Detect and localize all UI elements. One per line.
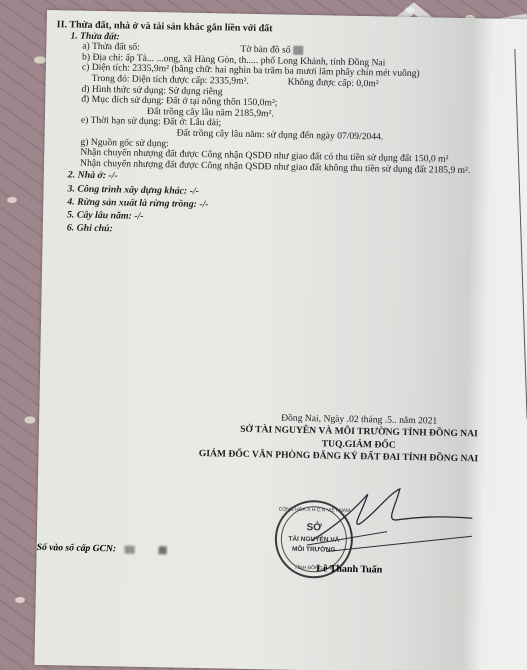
area-not-granted: Không được cấp: 0,0m² [288,77,379,90]
certificate-page: II. Thửa đất, nhà ở và tài sản khác gắn … [34,10,527,670]
handwritten-signature [307,485,478,558]
gcn-registry-row: Số vào sổ cấp GCN: [37,542,167,555]
redacted-value [159,546,167,554]
redacted-value [293,46,303,55]
page-border-line [514,49,527,419]
redacted-value [124,545,134,553]
land-details: II. Thửa đất, nhà ở và tài sản khác gắn … [53,20,517,243]
signer-name: Lê Thanh Tuấn [316,563,382,575]
signature-block: Đồng Nai, Ngày .02 tháng .5.. năm 2021 S… [208,411,509,466]
gcn-registry-label: Số vào sổ cấp GCN: [37,542,117,555]
